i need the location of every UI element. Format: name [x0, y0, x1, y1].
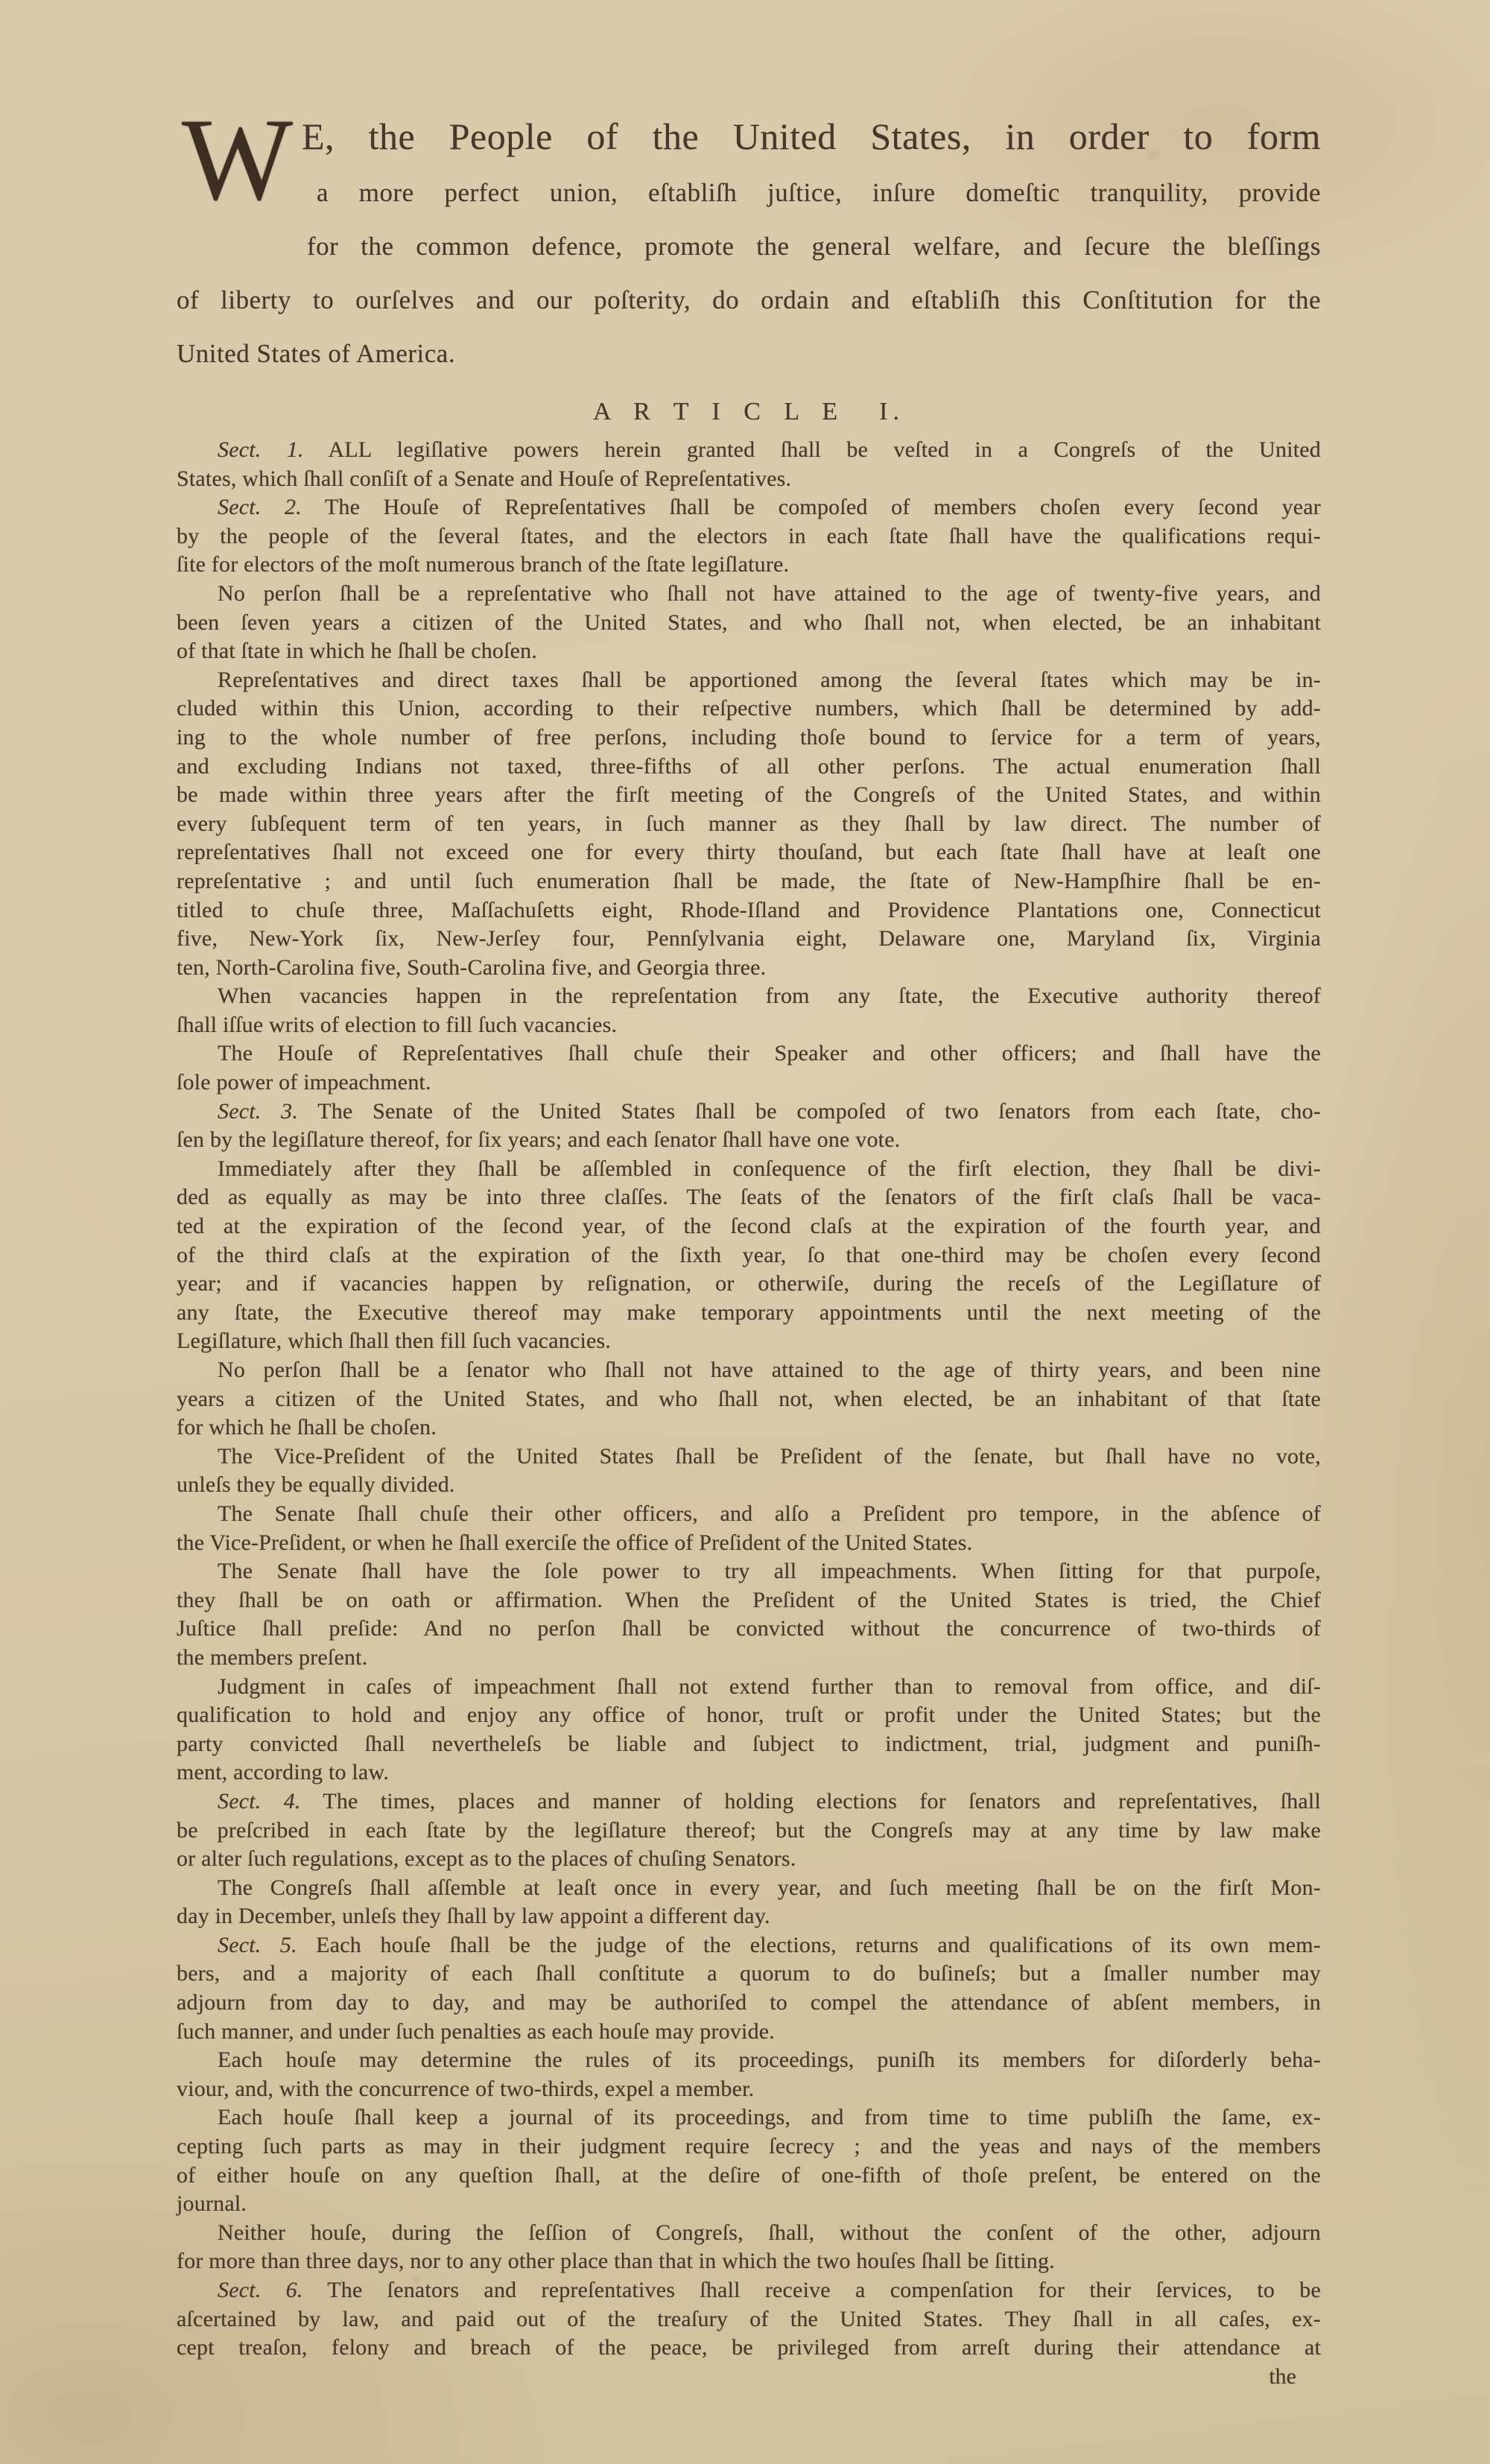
text-line: No perſon ſhall be a repreſentative who … — [177, 580, 1321, 609]
paragraph: No perſon ſhall be a repreſentative who … — [177, 580, 1321, 666]
text-line: adjourn from day to day, and may be auth… — [177, 1989, 1321, 2018]
text-line: journal. — [177, 2190, 1321, 2219]
text-line: and excluding Indians not taxed, three-f… — [177, 753, 1321, 782]
text-line: aſcertained by law, and paid out of the … — [177, 2305, 1321, 2334]
text-line: repreſentative ; and until ſuch enumerat… — [177, 867, 1321, 896]
text-line: Each houſe ſhall keep a journal of its p… — [177, 2103, 1321, 2132]
document-page: W E, the People of the United States, in… — [0, 0, 1490, 2464]
text-line: cept treaſon, felony and breach of the p… — [177, 2334, 1321, 2363]
section-label: Sect. 5. — [218, 1933, 297, 1957]
section-label: Sect. 1. — [218, 437, 304, 462]
text-line: Sect. 4. The times, places and manner of… — [177, 1787, 1321, 1817]
text-line: ſuch manner, and under ſuch penalties as… — [177, 2018, 1321, 2047]
paragraph: Sect. 1. ALL legiſlative powers herein g… — [177, 436, 1321, 493]
text-line: Repreſentatives and direct taxes ſhall b… — [177, 666, 1321, 695]
catchword: the — [177, 2363, 1321, 2392]
text-line: or alter ſuch regulations, except as to … — [177, 1845, 1321, 1874]
text-line: viour, and, with the concurrence of two-… — [177, 2075, 1321, 2104]
text-line: Juſtice ſhall preſide: And no perſon ſha… — [177, 1615, 1321, 1644]
preamble-line: for the common defence, promote the gene… — [307, 232, 1321, 262]
paragraph: The Senate ſhall chuſe their other offic… — [177, 1500, 1321, 1557]
text-line: be preſcribed in each ſtate by the legiſ… — [177, 1817, 1321, 1846]
text-line: the members preſent. — [177, 1644, 1321, 1673]
text-line: ſhall iſſue writs of election to fill ſu… — [177, 1011, 1321, 1040]
text-line: The Congreſs ſhall aſſemble at leaſt onc… — [177, 1874, 1321, 1903]
text-line: party convicted ſhall nevertheleſs be li… — [177, 1730, 1321, 1759]
text-line: of either houſe on any queſtion ſhall, a… — [177, 2161, 1321, 2191]
text-line: The Senate ſhall chuſe their other offic… — [177, 1500, 1321, 1529]
text-line: every ſubſequent term of ten years, in ſ… — [177, 810, 1321, 839]
paragraph: Each houſe may determine the rules of it… — [177, 2046, 1321, 2103]
text-line: Sect. 1. ALL legiſlative powers herein g… — [177, 436, 1321, 465]
drop-cap-w: W — [182, 101, 293, 219]
text-line: ten, North-Carolina five, South-Carolina… — [177, 954, 1321, 983]
paragraph: The Senate ſhall have the ſole power to … — [177, 1557, 1321, 1672]
text-line: Sect. 6. The ſenators and repreſentative… — [177, 2276, 1321, 2305]
text-line: years a citizen of the United States, an… — [177, 1385, 1321, 1414]
paragraph: Sect. 5. Each houſe ſhall be the judge o… — [177, 1931, 1321, 2046]
paragraph: Sect. 2. The Houſe of Repreſentatives ſh… — [177, 493, 1321, 580]
text-line: The Vice-Preſident of the United States … — [177, 1442, 1321, 1472]
text-line: qualification to hold and enjoy any offi… — [177, 1701, 1321, 1730]
text-line: The Houſe of Repreſentatives ſhall chuſe… — [177, 1039, 1321, 1068]
text-line: unleſs they be equally divided. — [177, 1471, 1321, 1500]
section-label: Sect. 2. — [218, 495, 302, 519]
text-line: they ſhall be on oath or affirmation. Wh… — [177, 1586, 1321, 1615]
text-line: any ſtate, the Executive thereof may mak… — [177, 1299, 1321, 1328]
preamble-line: a more perfect union, eſtabliſh juſtice,… — [317, 179, 1321, 208]
text-line: Each houſe may determine the rules of it… — [177, 2046, 1321, 2075]
text-line: repreſentatives ſhall not exceed one for… — [177, 838, 1321, 867]
paragraph: The Vice-Preſident of the United States … — [177, 1442, 1321, 1500]
paragraph: Each houſe ſhall keep a journal of its p… — [177, 2103, 1321, 2218]
paragraph: Repreſentatives and direct taxes ſhall b… — [177, 666, 1321, 983]
text-line: The Senate ſhall have the ſole power to … — [177, 1557, 1321, 1586]
text-line: cepting ſuch parts as may in their judgm… — [177, 2132, 1321, 2161]
section-label: Sect. 3. — [218, 1099, 298, 1124]
text-line: States, which ſhall conſiſt of a Senate … — [177, 465, 1321, 494]
text-line: ing to the whole number of free perſons,… — [177, 723, 1321, 753]
paragraph: Judgment in caſes of impeachment ſhall n… — [177, 1673, 1321, 1787]
preamble-line: of liberty to ourſelves and our poſterit… — [177, 286, 1321, 315]
text-line: day in December, unleſs they ſhall by la… — [177, 1902, 1321, 1931]
text-line: titled to chuſe three, Maſſachuſetts eig… — [177, 896, 1321, 925]
section-label: Sect. 6. — [218, 2278, 303, 2302]
paragraph: Immediately after they ſhall be aſſemble… — [177, 1155, 1321, 1356]
paragraph: Sect. 4. The times, places and manner of… — [177, 1787, 1321, 1874]
text-line: for more than three days, nor to any oth… — [177, 2247, 1321, 2276]
text-line: of that ſtate in which he ſhall be choſe… — [177, 637, 1321, 666]
text-line: of the third claſs at the expiration of … — [177, 1241, 1321, 1270]
section-label: Sect. 4. — [218, 1789, 301, 1814]
text-line: ted at the expiration of the ſecond year… — [177, 1212, 1321, 1241]
text-line: Sect. 5. Each houſe ſhall be the judge o… — [177, 1931, 1321, 1960]
paragraph: When vacancies happen in the repreſentat… — [177, 982, 1321, 1039]
text-line: ment, according to law. — [177, 1758, 1321, 1787]
text-line: ſite for electors of the moſt numerous b… — [177, 551, 1321, 580]
text-line: five, New-York ſix, New-Jerſey four, Pen… — [177, 925, 1321, 954]
text-line: by the people of the ſeveral ſtates, and… — [177, 522, 1321, 551]
paragraph: Sect. 3. The Senate of the United States… — [177, 1098, 1321, 1155]
preamble-line: United States of America. — [177, 340, 1321, 369]
text-line: the Vice-Preſident, or when he ſhall exe… — [177, 1529, 1321, 1558]
text-line: Sect. 2. The Houſe of Repreſentatives ſh… — [177, 493, 1321, 522]
text-line: ded as equally as may be into three claſ… — [177, 1183, 1321, 1212]
text-line: been ſeven years a citizen of the United… — [177, 609, 1321, 638]
paragraph: The Congreſs ſhall aſſemble at leaſt onc… — [177, 1874, 1321, 1931]
paragraph: Neither houſe, during the ſeſſion of Con… — [177, 2219, 1321, 2276]
text-line: bers, and a majority of each ſhall conſt… — [177, 1960, 1321, 1989]
preamble-line: E, the People of the United States, in o… — [302, 116, 1321, 157]
text-line: Sect. 3. The Senate of the United States… — [177, 1098, 1321, 1127]
text-line: year; and if vacancies happen by reſigna… — [177, 1270, 1321, 1299]
article-body: Sect. 1. ALL legiſlative powers herein g… — [177, 436, 1321, 2391]
text-line: for which he ſhall be choſen. — [177, 1413, 1321, 1442]
text-line: No perſon ſhall be a ſenator who ſhall n… — [177, 1356, 1321, 1385]
text-line: cluded within this Union, according to t… — [177, 694, 1321, 723]
text-line: Immediately after they ſhall be aſſemble… — [177, 1155, 1321, 1184]
text-line: Judgment in caſes of impeachment ſhall n… — [177, 1673, 1321, 1702]
text-line: When vacancies happen in the repreſentat… — [177, 982, 1321, 1011]
text-line: ſen by the legiſlature thereof, for ſix … — [177, 1126, 1321, 1155]
text-line: Legiſlature, which ſhall then fill ſuch … — [177, 1327, 1321, 1356]
text-line: be made within three years after the fir… — [177, 781, 1321, 810]
text-line: ſole power of impeachment. — [177, 1068, 1321, 1098]
article-heading: A R T I C L E I. — [177, 398, 1321, 426]
paragraph: Sect. 6. The ſenators and repreſentative… — [177, 2276, 1321, 2363]
paragraph: The Houſe of Repreſentatives ſhall chuſe… — [177, 1039, 1321, 1097]
text-line: Neither houſe, during the ſeſſion of Con… — [177, 2219, 1321, 2248]
paragraph: No perſon ſhall be a ſenator who ſhall n… — [177, 1356, 1321, 1442]
